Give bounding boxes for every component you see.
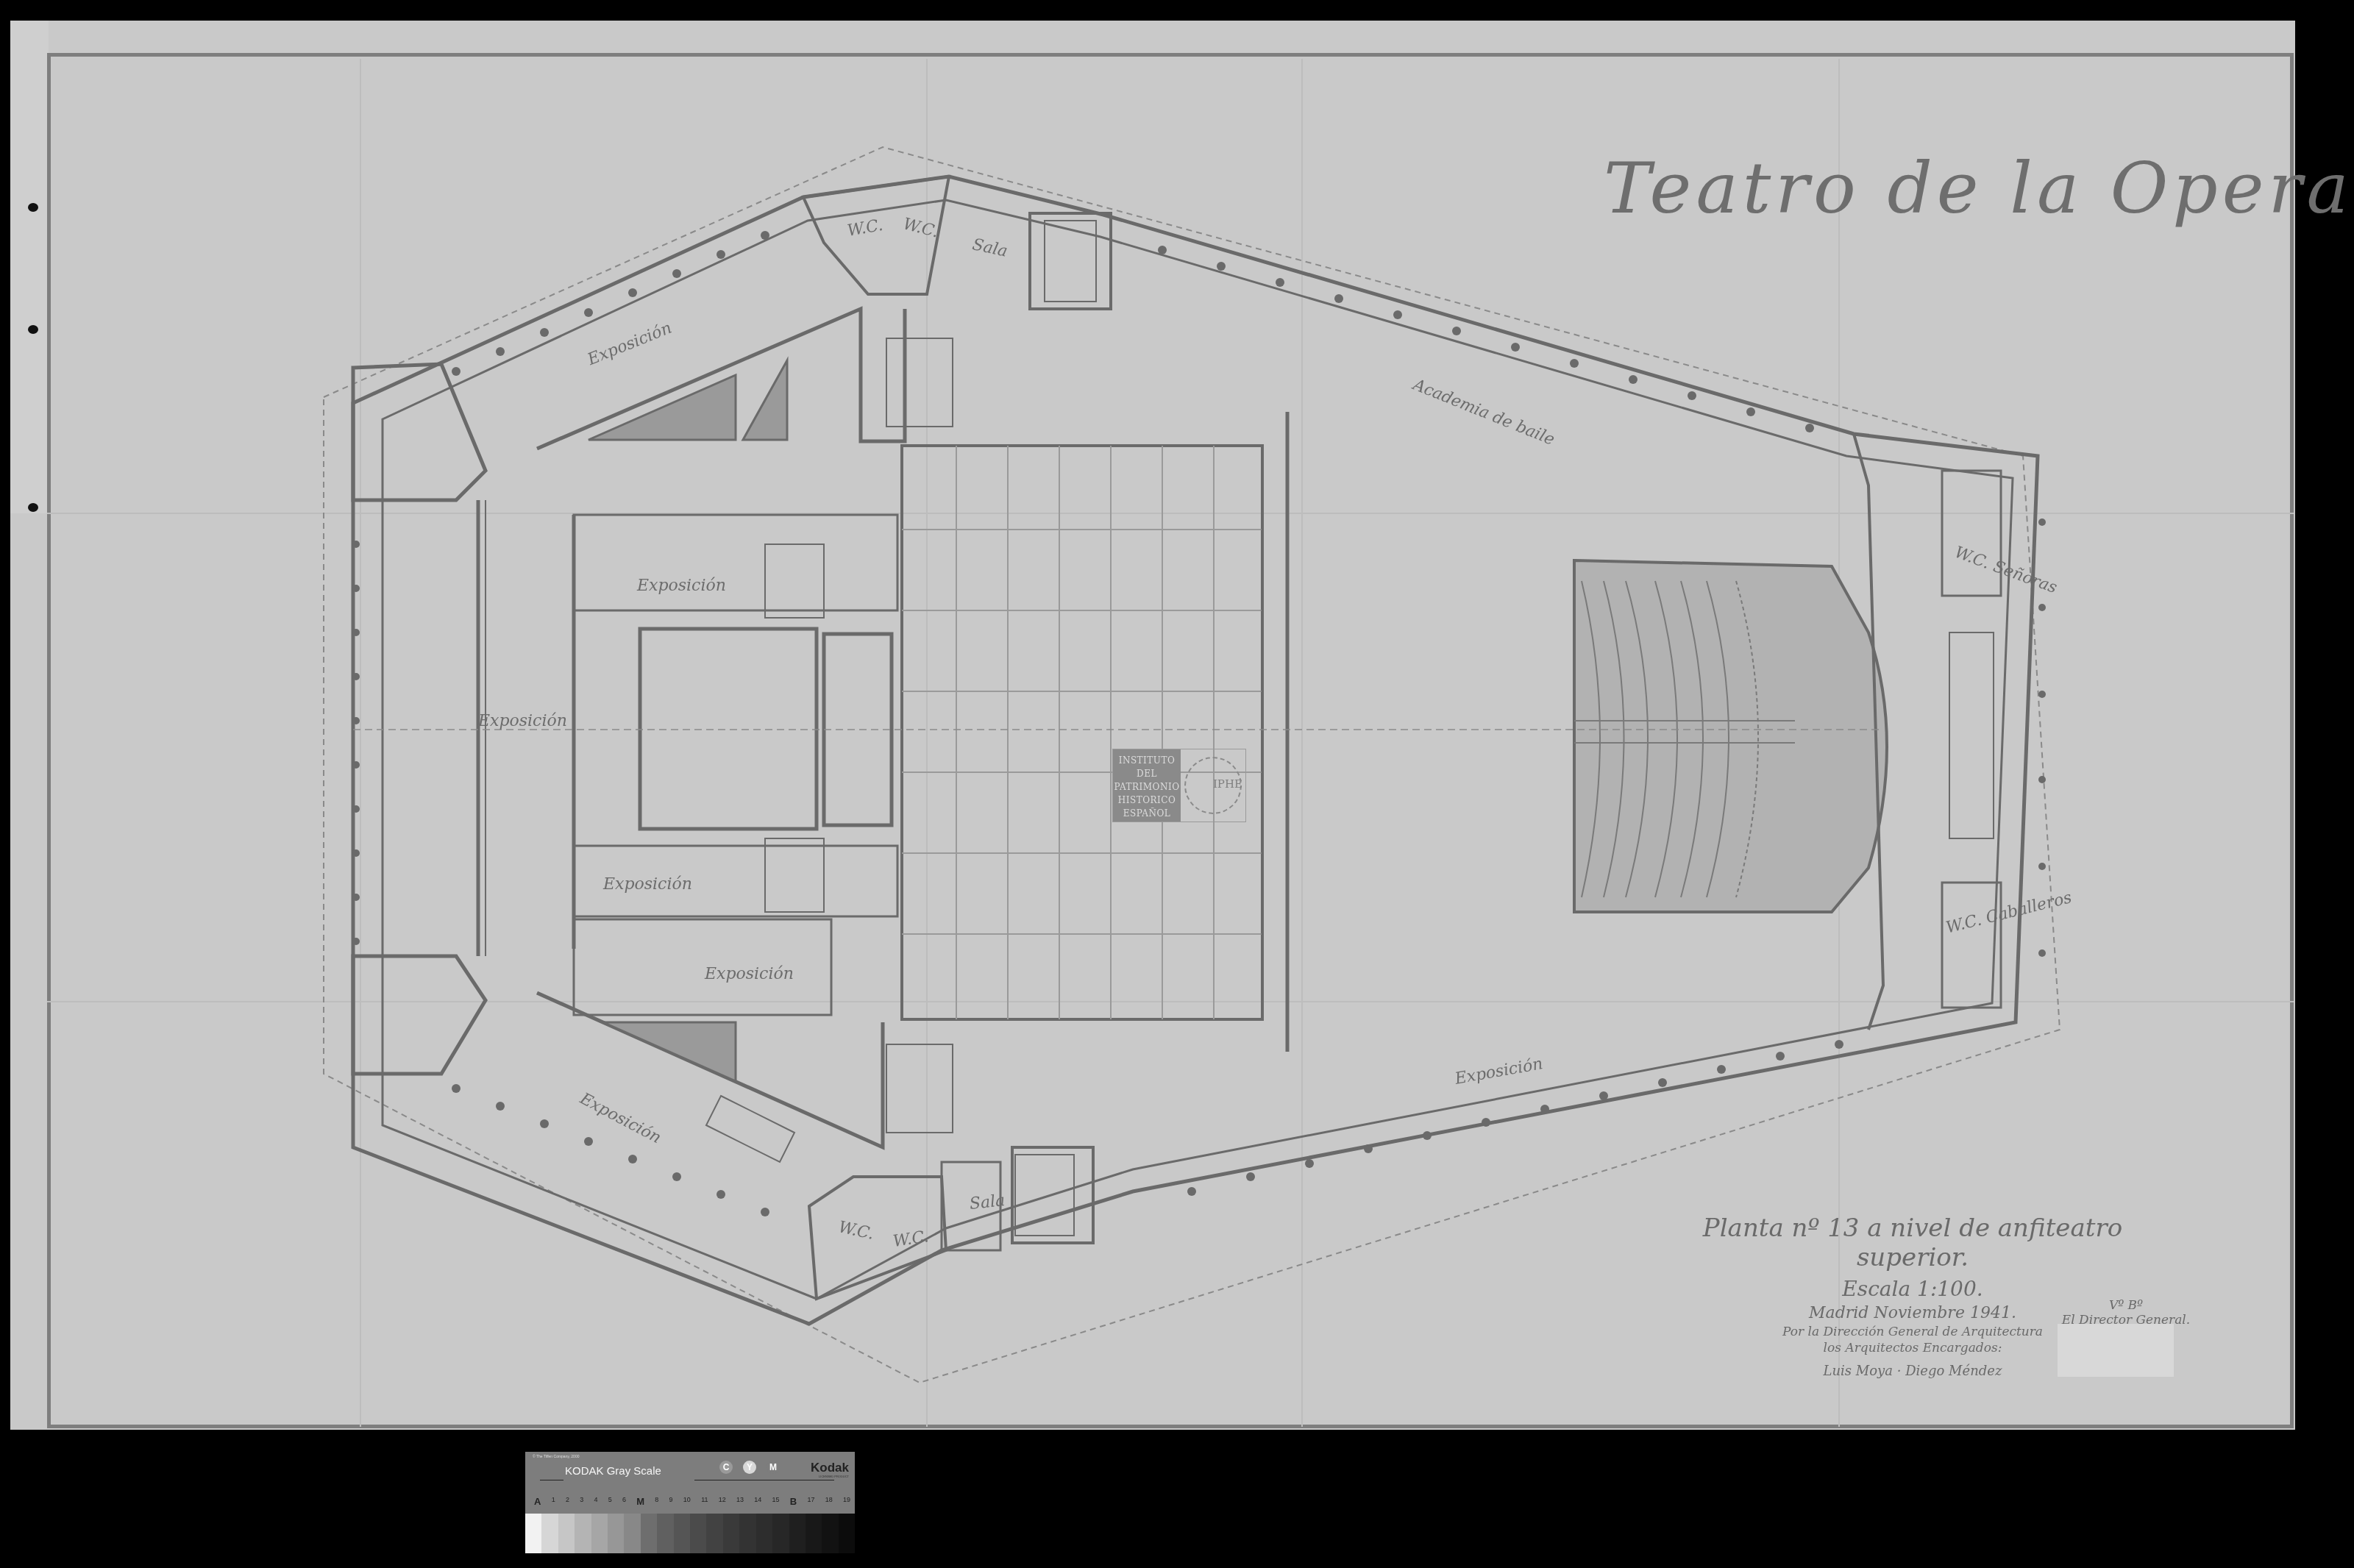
gray-step-label: 10 — [683, 1496, 691, 1507]
gray-step-labels: A123456M89101112131415B171819 — [534, 1496, 850, 1507]
gray-step-label: 14 — [754, 1496, 761, 1507]
gray-step-patch — [591, 1514, 608, 1553]
gray-step-label: 2 — [566, 1496, 569, 1507]
gray-step-label: M — [636, 1496, 644, 1507]
sw-diagonal-stair — [706, 1096, 794, 1162]
gray-step-label: 11 — [701, 1496, 708, 1507]
gray-step-label: 8 — [655, 1496, 658, 1507]
yellow-patch: Y — [743, 1461, 756, 1474]
gray-step-patches — [525, 1514, 855, 1553]
gray-step-patch — [674, 1514, 690, 1553]
kodak-logo: Kodak — [811, 1461, 849, 1475]
gray-step-label: 6 — [622, 1496, 626, 1507]
wedge-hatch — [603, 1022, 736, 1081]
gray-step-label: 15 — [772, 1496, 780, 1507]
room-label-exposicion-left-central: Exposición — [478, 712, 567, 730]
gray-step-patch — [690, 1514, 706, 1553]
gray-step-label: 13 — [736, 1496, 744, 1507]
watermark-text: INSTITUTO DEL PATRIMONIO HISTORICO ESPAÑ… — [1113, 749, 1181, 822]
kodak-gray-scale: © The Tiffen Company, 2000 KODAK Gray Sc… — [525, 1452, 855, 1553]
wedge-hatch — [743, 360, 787, 440]
gray-step-patch — [541, 1514, 558, 1553]
drawing-title: Teatro de la Opera — [1604, 147, 2353, 229]
gray-step-patch — [756, 1514, 772, 1553]
gray-step-label: B — [790, 1496, 797, 1507]
gray-step-label: 18 — [825, 1496, 833, 1507]
gray-step-label: 17 — [807, 1496, 814, 1507]
gray-step-label: 5 — [608, 1496, 612, 1507]
nw-stair-room — [353, 364, 486, 500]
side-room — [824, 634, 892, 825]
wedge-hatch — [588, 375, 736, 440]
gray-step-patch — [558, 1514, 575, 1553]
room-label-exposicion-upper-mid: Exposición — [637, 577, 726, 595]
gray-card-title: KODAK Gray Scale — [565, 1465, 661, 1478]
gray-step-patch — [706, 1514, 722, 1553]
gray-step-label: A — [534, 1496, 541, 1507]
gray-step-patch — [624, 1514, 640, 1553]
gray-step-patch — [839, 1514, 855, 1553]
central-room — [640, 629, 817, 829]
gray-step-patch — [657, 1514, 673, 1553]
north-stair-room — [1030, 213, 1111, 309]
gray-step-label: 3 — [580, 1496, 583, 1507]
stage-grid — [902, 446, 1262, 1019]
exposicion-upper-room — [574, 515, 897, 610]
room-label-sala-south: Sala — [969, 1191, 1006, 1214]
room-label-exposicion-lower-mid: Exposición — [603, 875, 692, 894]
wc-senoras-room — [1942, 471, 2001, 596]
gray-step-patch — [641, 1514, 657, 1553]
gray-step-patch — [575, 1514, 591, 1553]
gray-step-patch — [525, 1514, 541, 1553]
gray-step-label: 9 — [669, 1496, 673, 1507]
magenta-patch: M — [767, 1461, 780, 1474]
plan-title: Planta nº 13 a nivel de anfiteatro super… — [1648, 1214, 2177, 1272]
gray-step-patch — [789, 1514, 806, 1553]
gray-step-patch — [772, 1514, 789, 1553]
room-label-exposicion-south-inner: Exposición — [705, 965, 794, 983]
gray-step-patch — [723, 1514, 739, 1553]
gray-step-patch — [739, 1514, 755, 1553]
seal-icon: IPHE — [1181, 749, 1245, 822]
gray-step-patch — [806, 1514, 822, 1553]
east-stair-treads — [1949, 632, 1994, 838]
gray-step-label: 4 — [594, 1496, 597, 1507]
iphe-watermark: INSTITUTO DEL PATRIMONIO HISTORICO ESPAÑ… — [1112, 749, 1246, 822]
gray-step-patch — [608, 1514, 624, 1553]
gray-step-label: 19 — [843, 1496, 850, 1507]
cyan-patch: C — [719, 1461, 733, 1474]
gray-step-label: 12 — [719, 1496, 726, 1507]
gray-step-label: 1 — [552, 1496, 555, 1507]
gray-step-patch — [822, 1514, 838, 1553]
erased-stamp — [2058, 1324, 2174, 1377]
approval-block: Vº Bº El Director General. — [2060, 1298, 2192, 1328]
auditorium — [1574, 560, 1887, 912]
sw-stair-room — [353, 956, 486, 1074]
